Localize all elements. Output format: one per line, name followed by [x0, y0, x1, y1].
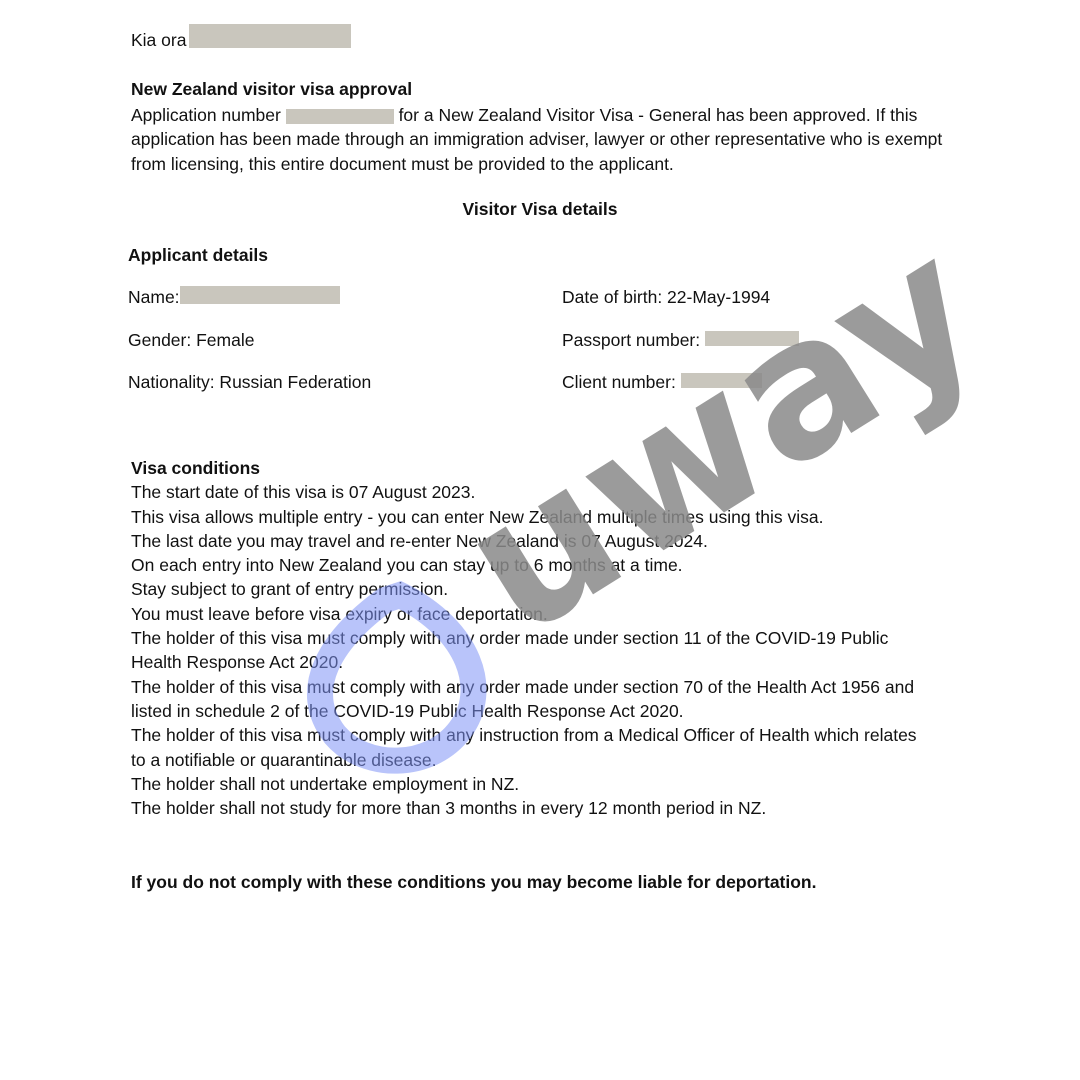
- applicant-heading: Applicant details: [128, 245, 268, 266]
- condition-item: You must leave before visa expiry or fac…: [131, 602, 931, 626]
- gender: Gender: Female: [128, 330, 254, 351]
- date-of-birth: Date of birth: 22-May-1994: [562, 287, 770, 308]
- deportation-warning: If you do not comply with these conditio…: [131, 872, 816, 893]
- redacted-passport-number: [705, 331, 799, 346]
- applicant-name: Name:: [128, 287, 340, 308]
- condition-item: This visa allows multiple entry - you ca…: [131, 505, 931, 529]
- condition-item: Stay subject to grant of entry permissio…: [131, 577, 931, 601]
- approval-heading: New Zealand visitor visa approval: [131, 79, 412, 100]
- section-title: Visitor Visa details: [0, 199, 1080, 220]
- approval-text: Application number for a New Zealand Vis…: [131, 103, 951, 176]
- passport-number: Passport number:: [562, 330, 799, 351]
- visa-conditions: Visa conditions The start date of this v…: [131, 456, 931, 820]
- condition-item: The holder of this visa must comply with…: [131, 723, 931, 772]
- nationality: Nationality: Russian Federation: [128, 372, 371, 393]
- redacted-name: [189, 24, 351, 48]
- condition-item: The start date of this visa is 07 August…: [131, 480, 931, 504]
- greeting-prefix: Kia ora: [131, 30, 186, 50]
- conditions-heading: Visa conditions: [131, 456, 931, 480]
- client-number: Client number:: [562, 372, 762, 393]
- redacted-client-number: [681, 373, 762, 388]
- redacted-applicant-name: [180, 286, 340, 304]
- condition-item: The holder of this visa must comply with…: [131, 626, 931, 675]
- redacted-application-number: [286, 109, 394, 124]
- greeting: Kia ora: [131, 30, 351, 51]
- condition-item: The holder of this visa must comply with…: [131, 675, 931, 724]
- condition-item: On each entry into New Zealand you can s…: [131, 553, 931, 577]
- condition-item: The last date you may travel and re-ente…: [131, 529, 931, 553]
- condition-item: The holder shall not undertake employmen…: [131, 772, 931, 796]
- condition-item: The holder shall not study for more than…: [131, 796, 931, 820]
